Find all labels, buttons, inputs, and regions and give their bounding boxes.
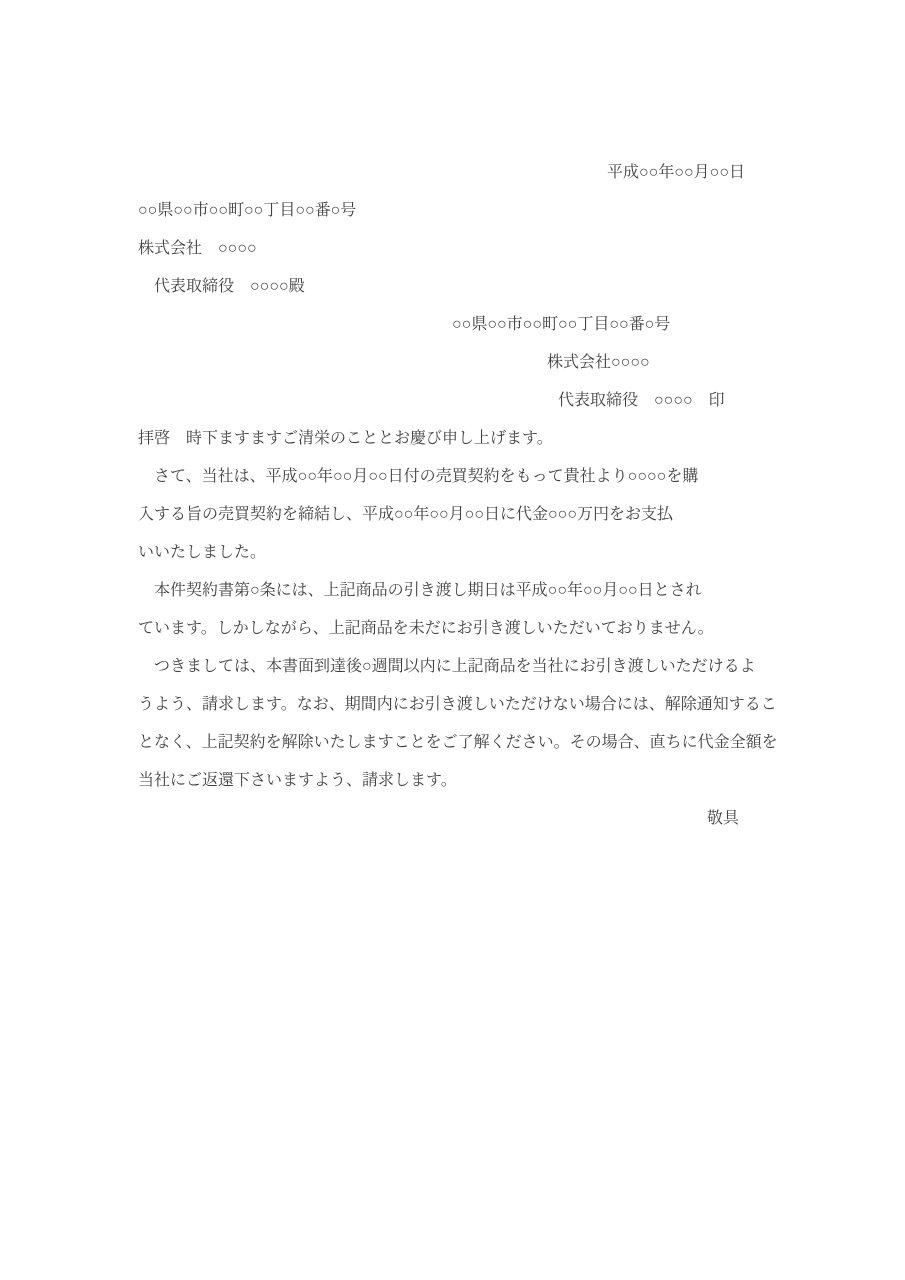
body-line: となく、上記契約を解除いたしますことをご了解ください。その場合、直ちに代金全額を [138,724,745,762]
body-line: さて、当社は、平成○○年○○月○○日付の売買契約をもって貴社より○○○○を購 [138,458,745,496]
body-line: いいたしました。 [138,534,745,572]
body-line: 本件契約書第○条には、上記商品の引き渡し期日は平成○○年○○月○○日とされ [138,572,745,610]
body-line: つきましては、本書面到達後○週間以内に上記商品を当社にお引き渡しいただけるよ [138,648,745,686]
greeting-line: 拝啓 時下ますますご清栄のこととお慶び申し上げます。 [138,420,745,458]
recipient-company: 株式会社 ○○○○ [138,230,745,268]
recipient-address: ○○県○○市○○町○○丁目○○番○号 [138,192,745,230]
sender-address: ○○県○○市○○町○○丁目○○番○号 [452,306,745,344]
closing-word: 敬具 [707,800,745,838]
sender-representative: 代表取締役 ○○○○ 印 [558,382,745,420]
body-line: うよう、請求します。なお、期間内にお引き渡しいただけない場合には、解除通知するこ [138,686,745,724]
letter-page: 平成○○年○○月○○日 ○○県○○市○○町○○丁目○○番○号 株式会社 ○○○○… [0,0,905,1280]
sender-company: 株式会社○○○○ [547,344,745,382]
paragraph-purchase: さて、当社は、平成○○年○○月○○日付の売買契約をもって貴社より○○○○を購 入… [138,458,745,572]
recipient-representative: 代表取締役 ○○○○殿 [138,268,745,306]
letter-content: 平成○○年○○月○○日 ○○県○○市○○町○○丁目○○番○号 株式会社 ○○○○… [138,154,745,838]
body-line: 入する旨の売買契約を締結し、平成○○年○○月○○日に代金○○○万円をお支払 [138,496,745,534]
body-line: 当社にご返還下さいますよう、請求します。 [138,762,745,800]
date-line: 平成○○年○○月○○日 [138,154,745,192]
paragraph-contract-terms: 本件契約書第○条には、上記商品の引き渡し期日は平成○○年○○月○○日とされ てい… [138,572,745,648]
paragraph-demand: つきましては、本書面到達後○週間以内に上記商品を当社にお引き渡しいただけるよ う… [138,648,745,800]
body-line: ています。しかしながら、上記商品を未だにお引き渡しいただいておりません。 [138,610,745,648]
